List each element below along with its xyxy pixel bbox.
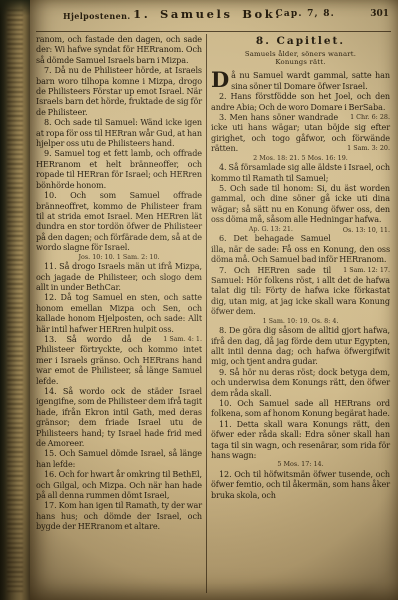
scripture-cross-reference: 1 Sam. 3: 20. [335, 143, 390, 153]
scripture-cross-reference: 1 Sam. 12: 17. [331, 265, 390, 275]
verse-paragraph: 9. Så hör nu deras röst; dock betyga dem… [211, 367, 390, 398]
book-photo: Hjelpostenen. 1. Samuels Bok. Cap. 7, 8.… [0, 0, 398, 600]
scripture-cross-reference: 1 Chr. 6: 28. [338, 112, 390, 122]
verse-paragraph: 15. Och Samuel dömde Israel, så länge ha… [36, 448, 202, 469]
scripture-cross-reference: 2 Mos. 18: 21. 5 Mos. 16: 19. [211, 154, 390, 163]
verse-paragraph: 17. Kom han igen til Ramath, ty der war … [36, 500, 202, 531]
verse-paragraph: 8. De göra dig såsom de alltid gjort haf… [211, 325, 390, 367]
right-column-verses: Då nu Samuel wardt gammal, satte han sin… [211, 70, 390, 500]
column-divider [206, 34, 207, 593]
verse-paragraph: 10. Och som Samuel offrade bränneoffret,… [36, 190, 202, 252]
facing-page-edge [7, 8, 23, 592]
verse-paragraph: ranom, och fastade den dagen, och sade d… [36, 34, 202, 65]
page-header: Hjelpostenen. 1. Samuels Bok. Cap. 7, 8.… [36, 6, 391, 30]
chapter-summary-line: Konungs rätt. [211, 58, 390, 66]
verse-paragraph: 2. Hans förstfödde son het Joel, och den… [211, 91, 390, 112]
scripture-cross-reference: Os. 13: 10, 11. [331, 225, 390, 235]
text-columns: ranom, och fastade den dagen, och sade d… [36, 34, 390, 593]
verse-paragraph: 11. Detta skall wara Konungs rätt, den ö… [211, 419, 390, 461]
verse-paragraph: 4. Så församlade sig alle äldste i Israe… [211, 162, 390, 183]
book-page: Hjelpostenen. 1. Samuels Bok. Cap. 7, 8.… [30, 0, 398, 600]
left-column: ranom, och fastade den dagen, och sade d… [36, 34, 202, 593]
book-gutter [0, 0, 30, 600]
verse-paragraph: 9. Samuel tog et fett lamb, och offrade … [36, 148, 202, 190]
verse-paragraph: 14. Så wordo ock de städer Israel igengi… [36, 386, 202, 448]
verse-paragraph: 16. Och for hwart år omkring til BethEl,… [36, 469, 202, 500]
verse-paragraph: Då nu Samuel wardt gammal, satte han sin… [211, 70, 390, 91]
verse-paragraph: 12. Och til höfwitsmän öfwer tusende, oc… [211, 469, 390, 500]
scripture-cross-reference: 1 Sam. 10: 19. Os. 8: 4. [211, 317, 390, 326]
verse-paragraph: 6. Det behagade Samuel illa, när de sade… [211, 233, 390, 264]
gutter-shadow [0, 0, 34, 16]
scripture-cross-reference: 1 Sam. 4: 1. [151, 334, 202, 344]
book-title: 1. Samuels Bok. [133, 7, 282, 21]
verse-paragraph: 10. Och Samuel sade all HERrans ord folk… [211, 398, 390, 419]
drop-cap-initial: D [211, 71, 229, 88]
chapter-heading: 8. Capitlet. [211, 35, 390, 47]
scripture-cross-reference: 5 Mos. 17: 14. [211, 460, 390, 469]
running-head: Hjelpostenen. [63, 11, 131, 21]
verse-paragraph: 8. Och sade til Samuel: Wänd icke igen a… [36, 117, 202, 148]
chapter-reference: Cap. 7, 8. [276, 9, 335, 19]
verse-paragraph: 12. Då tog Samuel en sten, och satte hon… [36, 292, 202, 334]
verse-paragraph: 7. Då nu de Philisteer hörde, at Israels… [36, 65, 202, 117]
page-number: 301 [370, 9, 389, 19]
verse-paragraph: 5. Och sade til honom: Si, du äst worden… [211, 183, 390, 225]
right-column: 8. Capitlet. Samuels ålder, söners wanar… [211, 34, 390, 593]
chapter-summary-line: Samuels ålder, söners wanart. [211, 50, 390, 58]
verse-paragraph: 11. Så drogo Israels män ut ifrå Mizpa, … [36, 261, 202, 292]
scripture-cross-reference: Jos. 10: 10. 1 Sam. 2: 10. [36, 253, 202, 262]
header-rule [36, 31, 391, 32]
